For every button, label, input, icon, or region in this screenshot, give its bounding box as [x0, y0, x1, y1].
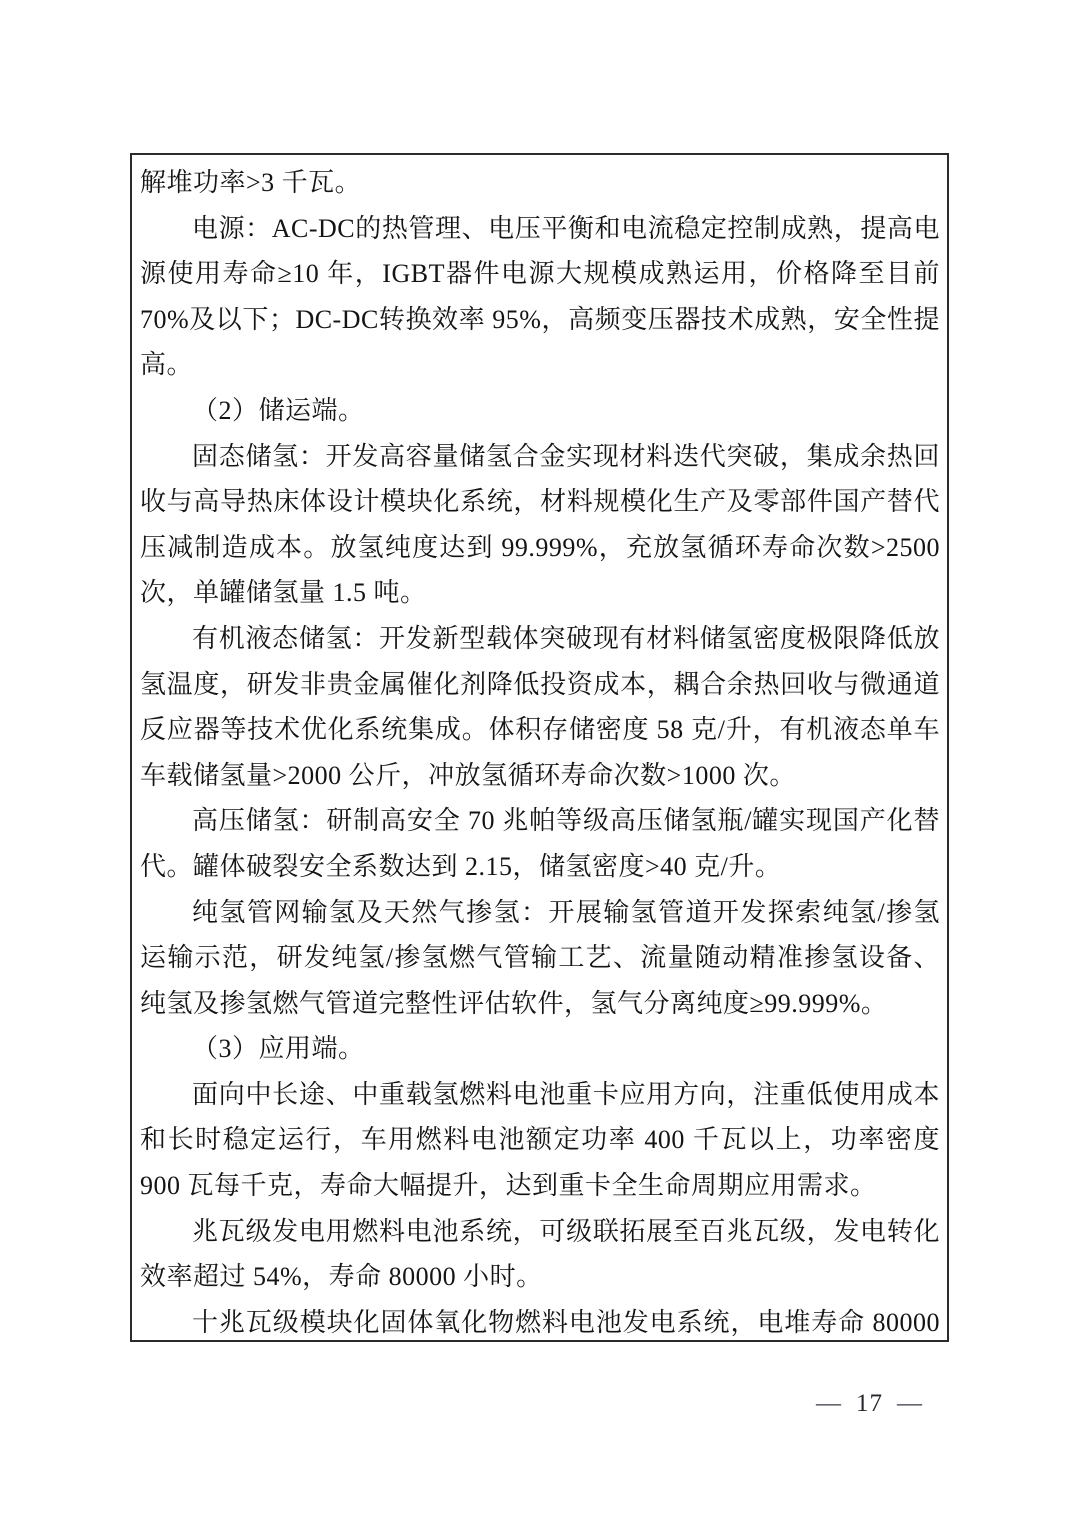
paragraph: （2）储运端。 — [140, 388, 940, 434]
footer-right-dash: — — [883, 1390, 937, 1418]
page-number: 17 — [856, 1390, 883, 1417]
paragraph: 纯氢管网输氢及天然气掺氢：开展输氢管道开发探索纯氢/掺氢运输示范，研发纯氢/掺氢… — [140, 890, 940, 1027]
paragraph: 高压储氢：研制高安全 70 兆帕等级高压储氢瓶/罐实现国产化替代。罐体破裂安全系… — [140, 798, 940, 889]
paragraph: 解堆功率>3 千瓦。 — [140, 160, 940, 206]
page-footer: —17— — [802, 1390, 937, 1418]
paragraph: 有机液态储氢：开发新型载体突破现有材料储氢密度极限降低放氢温度，研发非贵金属催化… — [140, 616, 940, 798]
document-page: 解堆功率>3 千瓦。 电源：AC-DC的热管理、电压平衡和电流稳定控制成熟，提高… — [0, 0, 1080, 1534]
paragraph: 兆瓦级发电用燃料电池系统，可级联拓展至百兆瓦级，发电转化效率超过 54%，寿命 … — [140, 1209, 940, 1300]
content-box: 解堆功率>3 千瓦。 电源：AC-DC的热管理、电压平衡和电流稳定控制成熟，提高… — [130, 153, 949, 1342]
paragraph: （3）应用端。 — [140, 1026, 940, 1072]
paragraph: 面向中长途、中重载氢燃料电池重卡应用方向，注重低使用成本和长时稳定运行，车用燃料… — [140, 1072, 940, 1209]
paragraph: 十兆瓦级模块化固体氧化物燃料电池发电系统，电堆寿命 80000 小时，联供系统寿… — [140, 1300, 940, 1342]
footer-left-dash: — — [802, 1390, 856, 1418]
paragraph: 固态储氢：开发高容量储氢合金实现材料迭代突破，集成余热回收与高导热床体设计模块化… — [140, 434, 940, 616]
paragraph: 电源：AC-DC的热管理、电压平衡和电流稳定控制成熟，提高电源使用寿命≥10 年… — [140, 206, 940, 388]
